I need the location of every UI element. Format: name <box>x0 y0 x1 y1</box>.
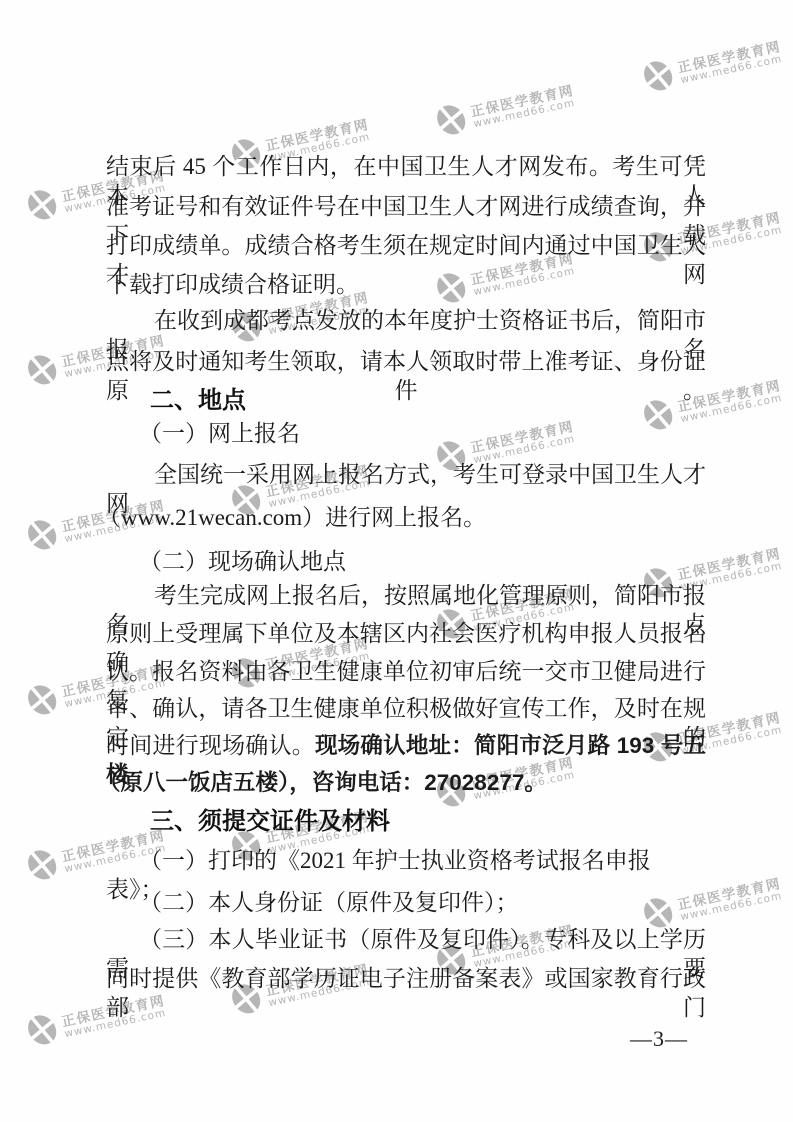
bold-text-run: （原八一饭店五楼），咨询电话：27028277。 <box>98 770 547 795</box>
text-run: 同时提供《教育部学历证电子注册备案表》或国家教育行政部门 <box>106 966 706 1020</box>
text-run: 时间进行现场确认。 <box>106 733 315 758</box>
text-run: （www.21wecan.com）进行网上报名。 <box>98 505 486 530</box>
text-run: （一）网上报名 <box>139 421 300 446</box>
text-run: （二）本人身份证（原件及复印件）； <box>139 890 519 915</box>
bold-text-run: 三、须提交证件及材料 <box>150 808 390 835</box>
bold-text-run: 二、地点 <box>150 387 246 414</box>
page-number: —3— <box>630 1026 688 1052</box>
document-line: （原八一饭店五楼），咨询电话：27028277。 <box>106 768 706 797</box>
document-line: 同时提供《教育部学历证电子注册备案表》或国家教育行政部门 <box>106 964 706 1022</box>
text-run: 下载打印成绩合格证明。 <box>106 272 359 297</box>
document-text: 结束后 45 个工作日内，在中国卫生人才网发布。考生可凭本人准考证号和有效证件号… <box>0 0 793 1122</box>
document-page: 正保医学教育网www.med66.com正保医学教育网www.med66.com… <box>0 0 793 1122</box>
document-line: （一）网上报名 <box>106 419 706 448</box>
document-line: （www.21wecan.com）进行网上报名。 <box>106 503 706 532</box>
document-line: （二）本人身份证（原件及复印件）； <box>106 888 706 917</box>
section-heading: 二、地点 <box>106 386 706 415</box>
section-heading: 三、须提交证件及材料 <box>106 807 706 836</box>
document-line: （二）现场确认地点 <box>106 547 706 576</box>
text-run: （二）现场确认地点 <box>139 549 346 574</box>
document-line: 下载打印成绩合格证明。 <box>106 270 706 299</box>
